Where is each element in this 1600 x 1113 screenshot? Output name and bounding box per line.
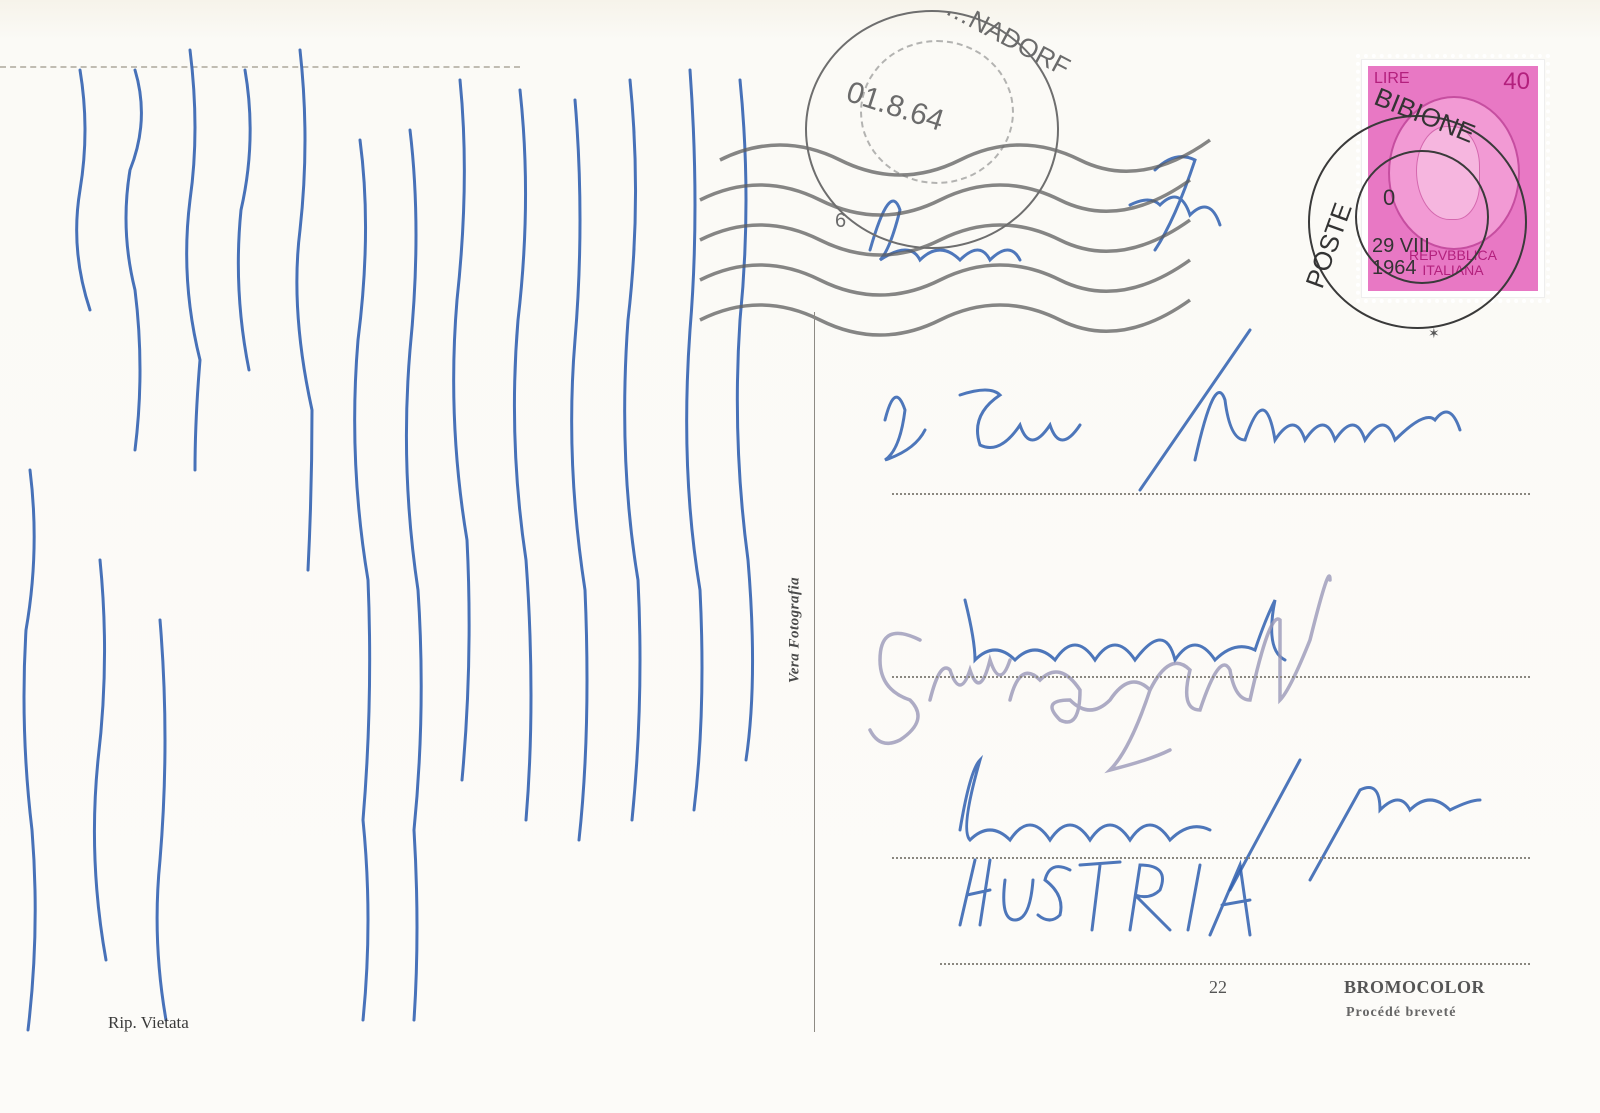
stamp-value: 40 [1503, 68, 1530, 96]
patent-notice: Procédé breveté [1346, 1005, 1457, 1021]
center-divider [814, 312, 815, 1032]
postcard-back: …NADORF 01.8.64 6 LIRE 40 REPVBBLICA ITA… [0, 0, 1600, 1113]
publisher-name: BROMOCOLOR [1344, 977, 1485, 998]
bibione-date-text: 29 VIII 1964 [1372, 235, 1472, 279]
address-line-4 [940, 963, 1530, 965]
photographer-credit: Vera Fotografia [787, 577, 804, 683]
reproduction-notice: Rip. Vietata [108, 1013, 189, 1033]
address-line-2 [892, 676, 1530, 678]
postmark-extra-text: 6 [835, 210, 846, 233]
address-line-3 [892, 857, 1530, 859]
address-line-1 [892, 493, 1530, 495]
bibione-star-icon: ✶ [1428, 325, 1440, 342]
bibione-hour-mark: 0 [1383, 185, 1395, 211]
card-number: 22 [1209, 977, 1227, 998]
